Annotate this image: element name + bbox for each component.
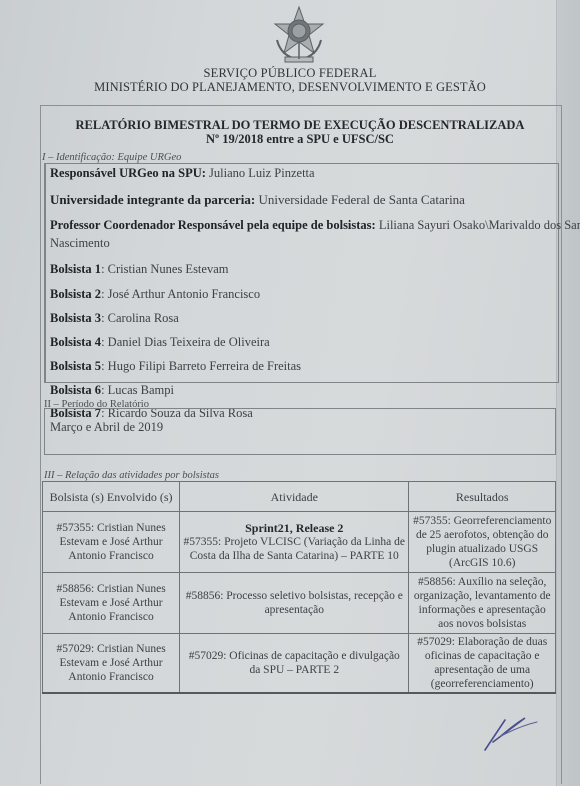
cell-bolsistas: #58856: Cristian Nunes Estevam e José Ar…: [43, 573, 180, 634]
cell-resultados: #57029: Elaboração de duas oficinas de c…: [409, 634, 556, 694]
report-title-line1: RELATÓRIO BIMESTRAL DO TERMO DE EXECUÇÃO…: [40, 118, 560, 132]
bolsista-label: Bolsista 6: [50, 383, 101, 397]
report-title: RELATÓRIO BIMESTRAL DO TERMO DE EXECUÇÃO…: [40, 118, 560, 146]
bolsista-label: Bolsista 1: [50, 262, 101, 276]
period-value: Março e Abril de 2019: [50, 420, 163, 435]
cell-resultados: #57355: Georreferenciamento de 25 aerofo…: [409, 512, 556, 573]
table-row: #57355: Cristian Nunes Estevam e José Ar…: [43, 512, 556, 573]
table-row: #58856: Cristian Nunes Estevam e José Ar…: [43, 573, 556, 634]
cell-atividade: #57029: Oficinas de capacitação e divulg…: [180, 634, 409, 694]
header-service-name: SERVIÇO PÚBLICO FEDERAL: [0, 66, 580, 81]
field-bolsista-3: Bolsista 3: Carolina Rosa: [50, 311, 179, 326]
scanned-document-page: SERVIÇO PÚBLICO FEDERAL MINISTÉRIO DO PL…: [0, 0, 580, 786]
bolsista-value: : Carolina Rosa: [101, 311, 179, 325]
bolsista-label: Bolsista 2: [50, 287, 101, 301]
field-professor: Professor Coordenador Responsável pela e…: [50, 218, 580, 233]
activities-table: Bolsista (s) Envolvido (s) Atividade Res…: [42, 481, 556, 694]
field-value: Universidade Federal de Santa Catarina: [255, 192, 465, 207]
field-professor-continuation: Nascimento: [50, 236, 110, 251]
field-label: Responsável URGeo na SPU:: [50, 166, 206, 180]
cell-atividade: Sprint21, Release 2 #57355: Projeto VLCI…: [180, 512, 409, 573]
field-label: Universidade integrante da parceria:: [50, 192, 255, 207]
sprint-title: Sprint21, Release 2: [183, 521, 405, 535]
cell-resultados: #58856: Auxílio na seleção, organização,…: [409, 573, 556, 634]
field-label: Professor Coordenador Responsável pela e…: [50, 218, 376, 232]
bolsista-label: Bolsista 3: [50, 311, 101, 325]
brazil-coat-of-arms-icon: [267, 4, 331, 66]
field-bolsista-4: Bolsista 4: Daniel Dias Teixeira de Oliv…: [50, 335, 270, 350]
field-value: Juliano Luiz Pinzetta: [206, 166, 315, 180]
section1-label: I – Identificação: Equipe URGeo: [42, 152, 181, 163]
bolsista-label: Bolsista 5: [50, 359, 101, 373]
bolsista-value: : Daniel Dias Teixeira de Oliveira: [101, 335, 270, 349]
field-bolsista-2: Bolsista 2: José Arthur Antonio Francisc…: [50, 287, 260, 302]
field-bolsista-6: Bolsista 6: Lucas Bampi: [50, 383, 174, 398]
column-header-bolsistas: Bolsista (s) Envolvido (s): [43, 482, 180, 512]
cell-bolsistas: #57355: Cristian Nunes Estevam e José Ar…: [43, 512, 180, 573]
column-header-resultados: Resultados: [409, 482, 556, 512]
field-bolsista-5: Bolsista 5: Hugo Filipi Barreto Ferreira…: [50, 359, 301, 374]
field-bolsista-1: Bolsista 1: Cristian Nunes Estevam: [50, 262, 228, 277]
field-universidade: Universidade integrante da parceria: Uni…: [50, 192, 465, 208]
bolsista-value: : Lucas Bampi: [101, 383, 174, 397]
bolsista-label: Bolsista 4: [50, 335, 101, 349]
atividade-text: #57355: Projeto VLCISC (Variação da Linh…: [184, 536, 405, 562]
table-row: #57029: Cristian Nunes Estevam e José Ar…: [43, 634, 556, 694]
field-value: Liliana Sayuri Osako\Marivaldo dos Santo…: [376, 218, 580, 232]
report-title-line2: Nº 19/2018 entre a SPU e UFSC/SC: [40, 132, 560, 146]
bolsista-value: : José Arthur Antonio Francisco: [101, 287, 260, 301]
cell-atividade: #58856: Processo seletivo bolsistas, rec…: [180, 573, 409, 634]
handwritten-signature-icon: [475, 700, 565, 760]
header-ministry-name: MINISTÉRIO DO PLANEJAMENTO, DESENVOLVIME…: [0, 80, 580, 95]
table-header-row: Bolsista (s) Envolvido (s) Atividade Res…: [43, 482, 556, 512]
section3-label: III – Relação das atividades por bolsist…: [44, 470, 219, 481]
column-header-atividade: Atividade: [180, 482, 409, 512]
cell-bolsistas: #57029: Cristian Nunes Estevam e José Ar…: [43, 634, 180, 694]
bolsista-value: : Cristian Nunes Estevam: [101, 262, 228, 276]
field-responsavel: Responsável URGeo na SPU: Juliano Luiz P…: [50, 166, 315, 181]
bolsista-value: : Hugo Filipi Barreto Ferreira de Freita…: [101, 359, 301, 373]
